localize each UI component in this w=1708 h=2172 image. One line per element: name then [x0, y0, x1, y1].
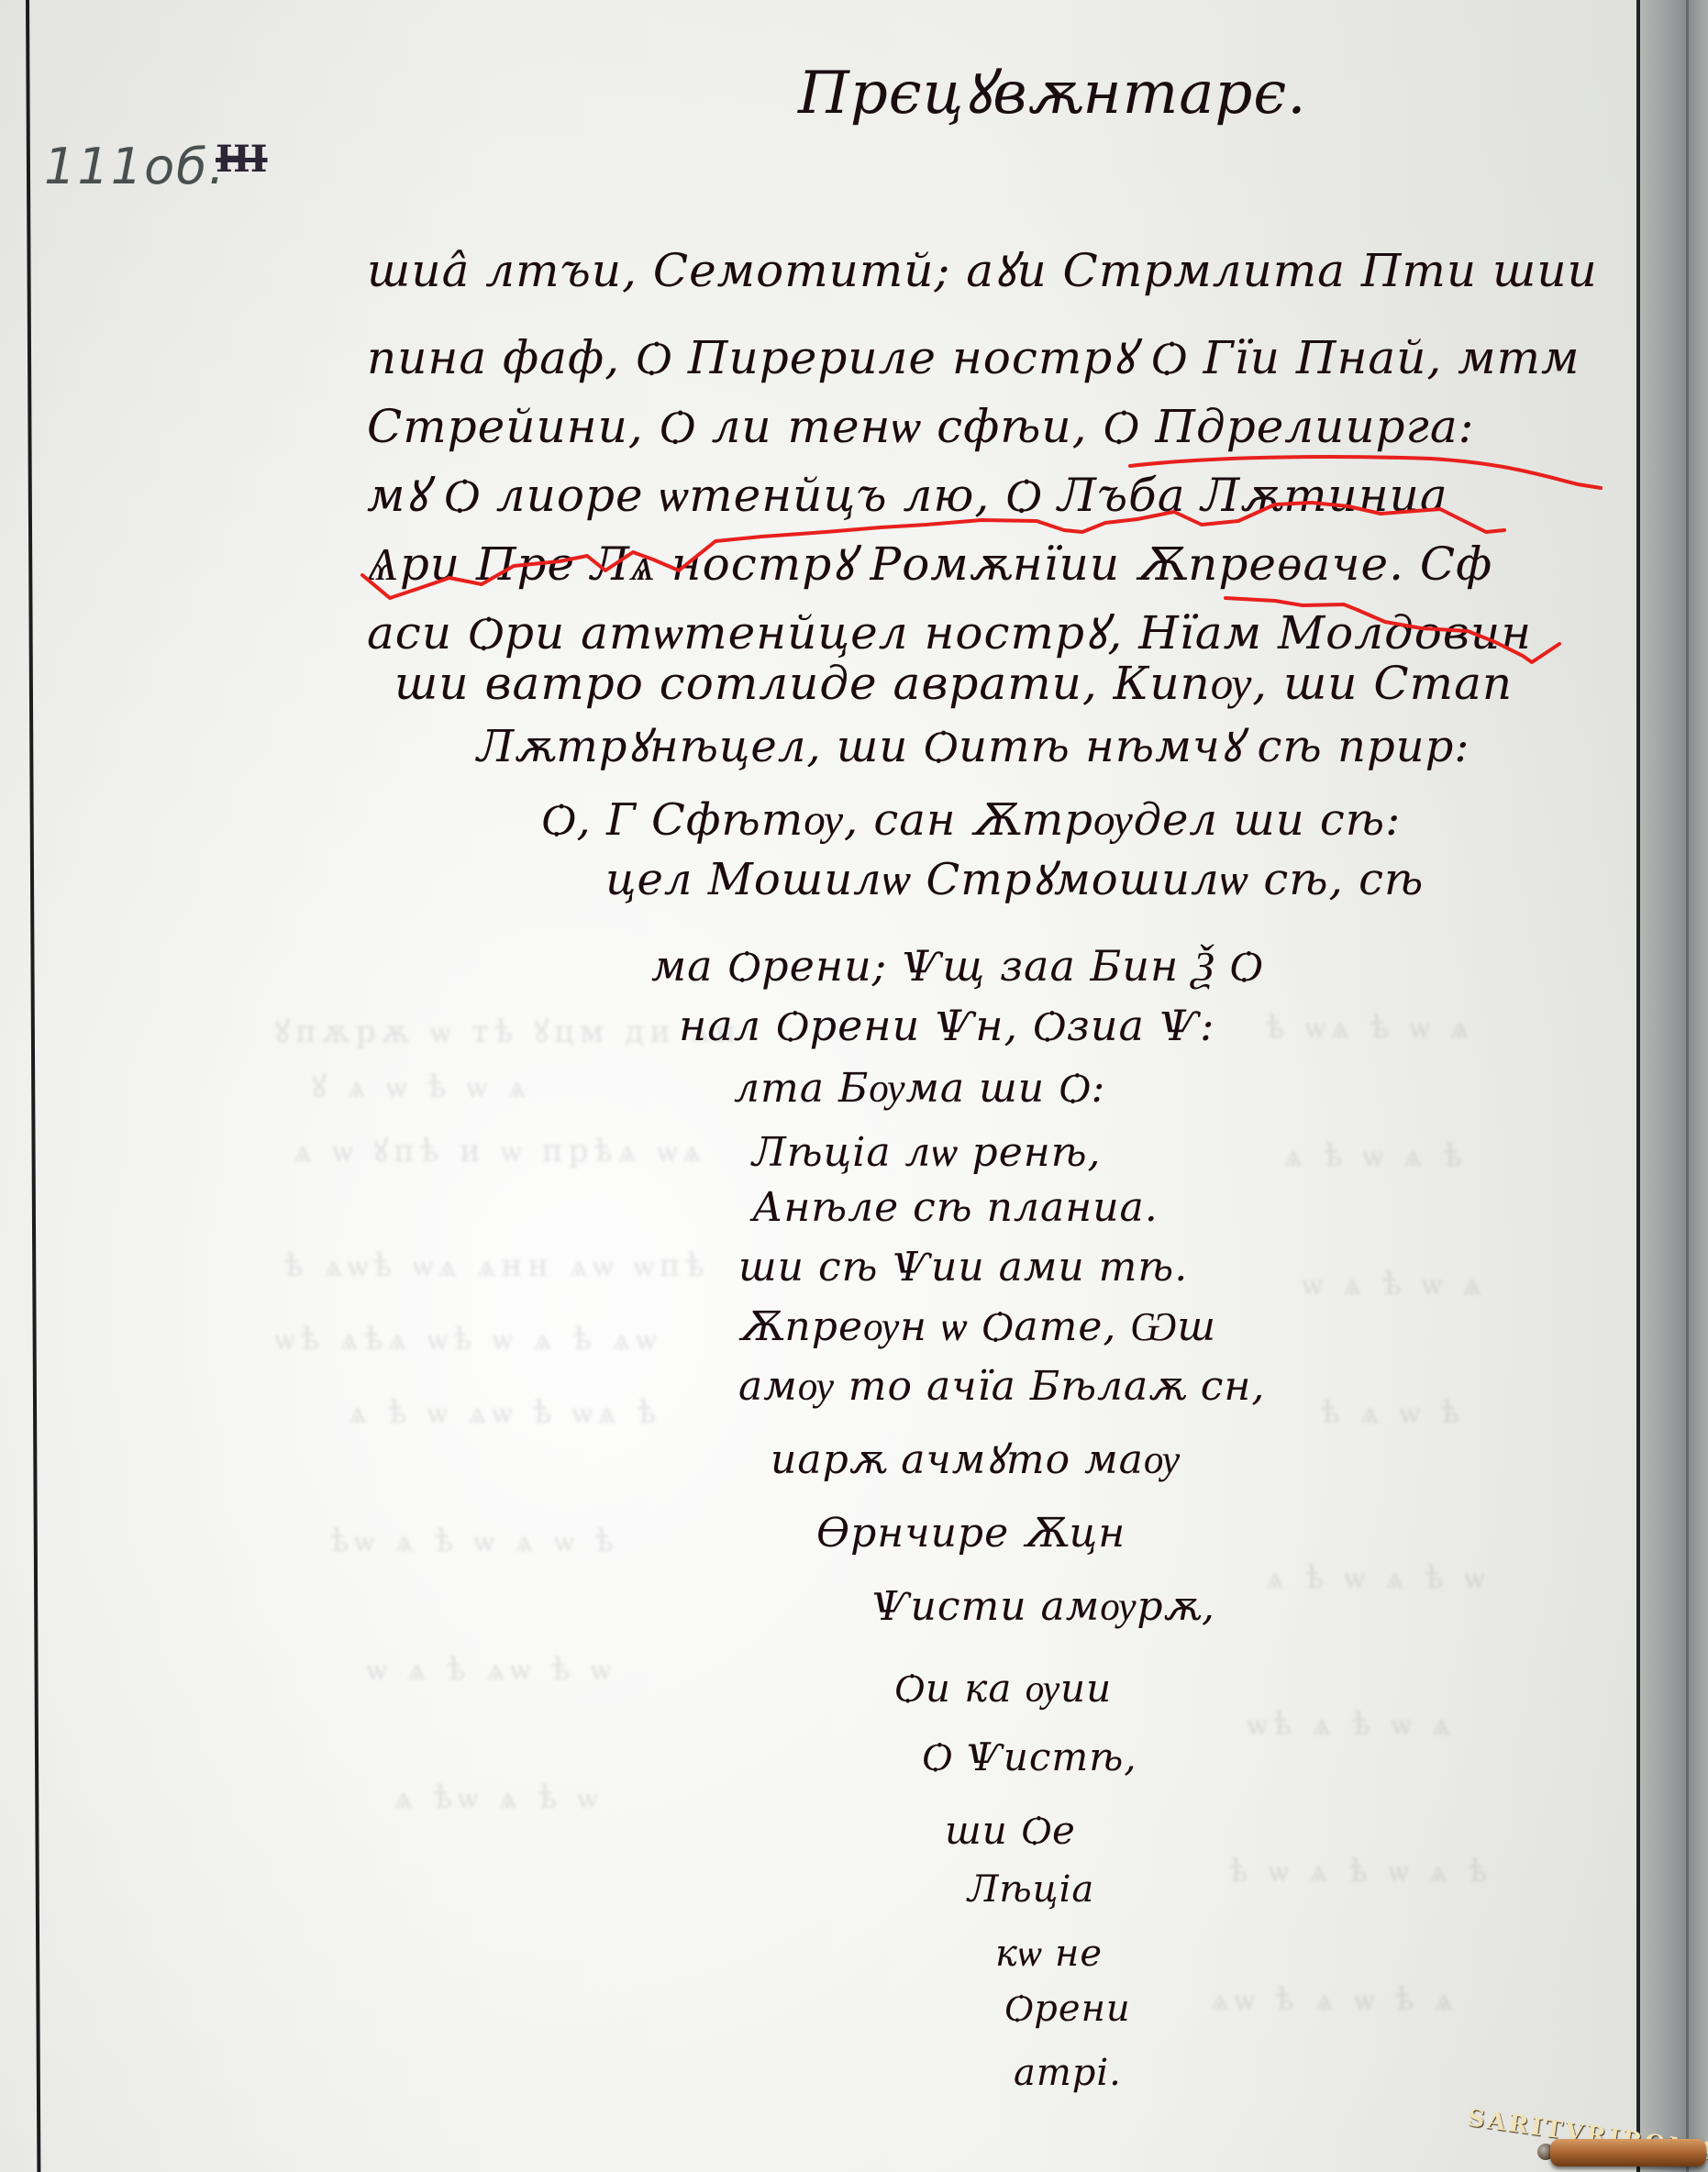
- bleed-through-text: ѧ ѣѡ ѧ ѣ ѡ: [394, 1779, 603, 1816]
- text-line: атрі.: [1014, 2055, 1122, 2091]
- text-line: ши Ѻе: [945, 1812, 1076, 1850]
- text-line: Лѣціа: [968, 1871, 1094, 1908]
- bleed-through-text: ѧ ѣ ѡ ѧ ѣ ѡ: [1266, 1559, 1490, 1596]
- bleed-through-text: ѡ ѧ ѣ ѧѡ ѣ ѡ: [367, 1651, 616, 1688]
- text-line: Ѧри Пре Лѧ нострꙋ Ромѫнїии Ѫпреѳаче. Сф: [367, 541, 1492, 587]
- struck-old-page-number: НІ: [216, 138, 268, 181]
- bleed-through-text: ѡ ѧ ѣ ѡ ѧ: [1303, 1266, 1487, 1302]
- scroll-icon: [1550, 2139, 1706, 2166]
- text-line: амѹ то ачїа Бѣлаѫ сн,: [738, 1367, 1265, 1407]
- book-gutter: [1640, 0, 1708, 2172]
- bleed-through-text: ѣѡ ѧ ѣ ѡ ѧ ѡ ѣ: [330, 1523, 619, 1559]
- bleed-through-text: ѣ ѡѧ ѣ ѡ ѧ: [1266, 1009, 1474, 1046]
- page-heading: Прєцꙋвѫнтарє.: [798, 50, 1307, 130]
- manuscript-page: ꙋпѫрѫ ѡ тѣ ꙋцм ди ѧн ꙋ ѧ ѡ ѣ ѡ ѧ ѧ ѡ ꙋпѣ…: [0, 0, 1642, 2172]
- text-line: нал Ѻрени Ѱн, Ѻзиа Ѱ:: [679, 1004, 1214, 1047]
- bleed-through-text: ѣ ѧѡѣ ѡѧ ѧнн ѧѡ ѡпѣ: [284, 1247, 710, 1284]
- text-line: кѡ не: [995, 1935, 1103, 1972]
- text-line: аси Ѻри атѡтенйцел нострꙋ, Нїам Молдовин: [367, 610, 1532, 656]
- page-number: 111об.: [44, 138, 227, 195]
- text-line: Ѳрнчире Ѫцн: [816, 1513, 1126, 1554]
- text-line: Лѫтрꙋнѣцел, ши Ѻитѣ нѣмчꙋ сѣ прир:: [477, 725, 1470, 769]
- bleed-through-text: ѣ ѡ ѧ ѣ ѡ ѧ ѣ: [1229, 1853, 1493, 1889]
- text-line: Ѱисти амѹрѫ,: [871, 1587, 1215, 1627]
- text-line: лта Бѹма ши Ѻ:: [734, 1069, 1105, 1109]
- gutter-edge-line: [1686, 0, 1689, 2172]
- text-line: ши ватро сотлиде аврати, Кипѹ, ши Стап: [394, 660, 1513, 706]
- watermark: SARITVRIROMA: [1468, 2100, 1708, 2172]
- bleed-through-text: ѣ ѧ ѡ ѣ: [1321, 1394, 1465, 1431]
- text-line: Ѻи ка ѹии: [894, 1669, 1112, 1708]
- bleed-through-text: ѡѣ ѧѣѧ ѡѣ ѡ ѧ ѣ ѧѡ: [275, 1321, 661, 1357]
- text-line: Ѫпреѹн ѡ Ѻате, Ѡш: [738, 1307, 1216, 1347]
- text-line: мꙋ Ѻ лиоре ѡтенйцъ лю, Ѻ Лъба Лѫтиниа: [367, 472, 1448, 518]
- text-line: ма Ѻрени; Ѱщ заа Бин Ѯ Ѻ: [651, 945, 1263, 987]
- text-line: Ѻ Ѱистѣ,: [922, 1738, 1137, 1777]
- bleed-through-text: ѡѣ ѧ ѣ ѡ ѧ: [1248, 1706, 1456, 1743]
- bleed-through-text: ѧѡ ѣ ѧ ѡ ѣ ѧ: [1211, 1981, 1458, 2018]
- text-line: пина фаф, Ѻ Пирериле нострꙋ Ѻ Гїи Пнай, …: [367, 335, 1580, 381]
- bleed-through-text: ѧ ѣ ѡ ѧ ѣ: [1284, 1137, 1468, 1174]
- text-line: Ѻ, Г Сфѣтѹ, сан Ѫтрѹдел ши сѣ:: [541, 798, 1401, 842]
- text-line: Стрейини, Ѻ ли тенѡ сфѣи, Ѻ Пдрелиирга:: [367, 404, 1474, 449]
- text-line: Лѣціа лѡ ренѣ,: [752, 1133, 1102, 1173]
- bleed-through-text: ꙋ ѧ ѡ ѣ ѡ ѧ: [312, 1064, 532, 1106]
- page-border-left: [26, 0, 40, 2172]
- text-line: шиа̂ лтъи, Семотитй; аꙋи Стрмлита Пти ши…: [367, 248, 1598, 294]
- manuscript-photo: ꙋпѫрѫ ѡ тѣ ꙋцм ди ѧн ꙋ ѧ ѡ ѣ ѡ ѧ ѧ ѡ ꙋпѣ…: [0, 0, 1708, 2172]
- bleed-through-text: ѧ ѡ ꙋпѣ и ѡ прѣѧ ѡѧ: [294, 1128, 706, 1170]
- text-line: ши сѣ Ѱии ами тѣ.: [738, 1247, 1188, 1288]
- bleed-through-text: ѧ ѣ ѡ ѧѡ ѣ ѡѧ ѣ: [349, 1394, 661, 1431]
- bleed-through-text: ꙋпѫрѫ ѡ тѣ ꙋцм ди ѧн: [275, 1009, 741, 1051]
- text-line: цел Мошилѡ Стрꙋмошилѡ сѣ, сѣ: [605, 858, 1424, 902]
- text-line: Анѣле сѣ планиа.: [752, 1188, 1159, 1228]
- text-line: Ѻрени: [1004, 1990, 1131, 2027]
- text-line: иарѫ ачмꙋто маѹ: [771, 1440, 1181, 1480]
